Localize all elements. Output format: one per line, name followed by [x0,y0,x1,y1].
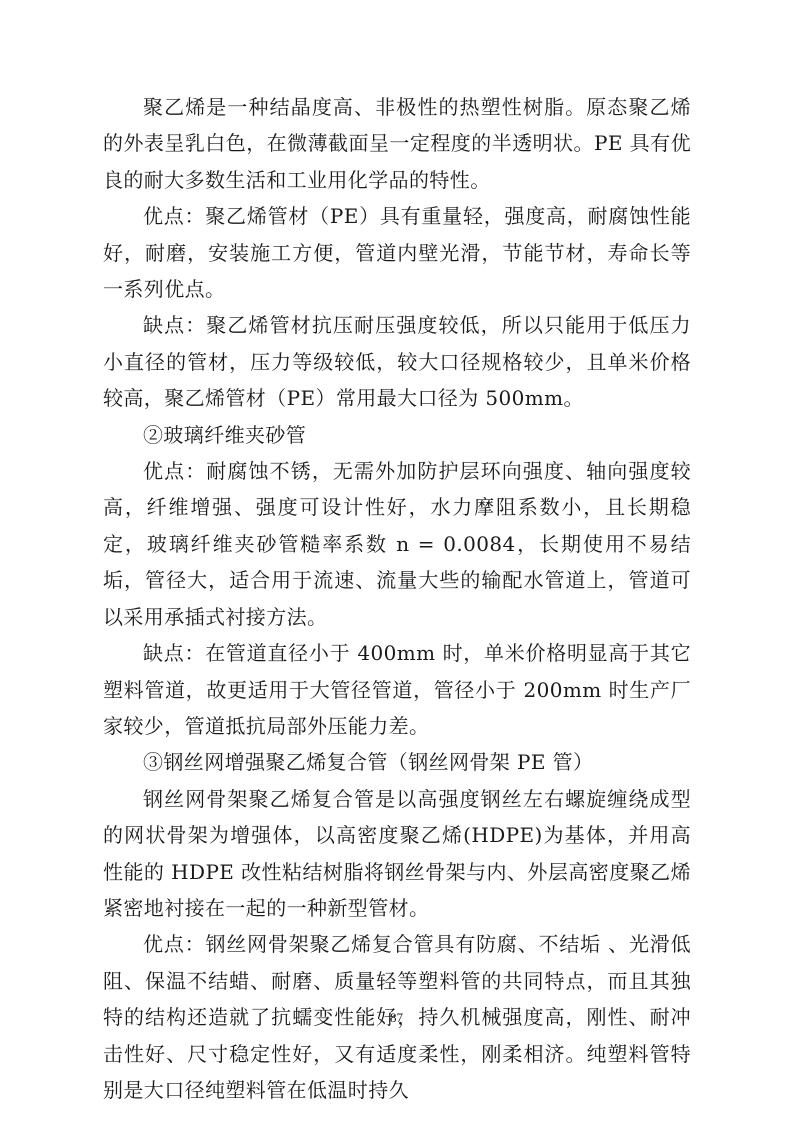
paragraph-pe-disadvantages: 缺点：聚乙烯管材抗压耐压强度较低，所以只能用于低压力小直径的管材，压力等级较低，… [103,307,691,416]
paragraph-pe-intro: 聚乙烯是一种结晶度高、非极性的热塑性树脂。原态聚乙烯的外表呈乳白色，在微薄截面呈… [103,89,691,198]
section-heading-steel-mesh-pe-pipe: ③钢丝网增强聚乙烯复合管（钢丝网骨架 PE 管） [103,744,691,780]
paragraph-frp-advantages: 优点：耐腐蚀不锈，无需外加防护层环向强度、轴向强度较高，纤维增强、强度可设计性好… [103,453,691,635]
paragraph-pe-advantages: 优点：聚乙烯管材（PE）具有重量轻，强度高，耐腐蚀性能好，耐磨，安装施工方便，管… [103,198,691,307]
section-heading-frp-sand-pipe: ②玻璃纤维夹砂管 [103,417,691,453]
paragraph-frp-disadvantages: 缺点：在管道直径小于 400mm 时，单米价格明显高于其它塑料管道，故更适用于大… [103,635,691,744]
paragraph-steel-mesh-description: 钢丝网骨架聚乙烯复合管是以高强度钢丝左右螺旋缠绕成型的网状骨架为增强体，以高密度… [103,781,691,927]
page-number: 87 [0,1010,793,1026]
document-page: 聚乙烯是一种结晶度高、非极性的热塑性树脂。原态聚乙烯的外表呈乳白色，在微薄截面呈… [103,89,691,1108]
